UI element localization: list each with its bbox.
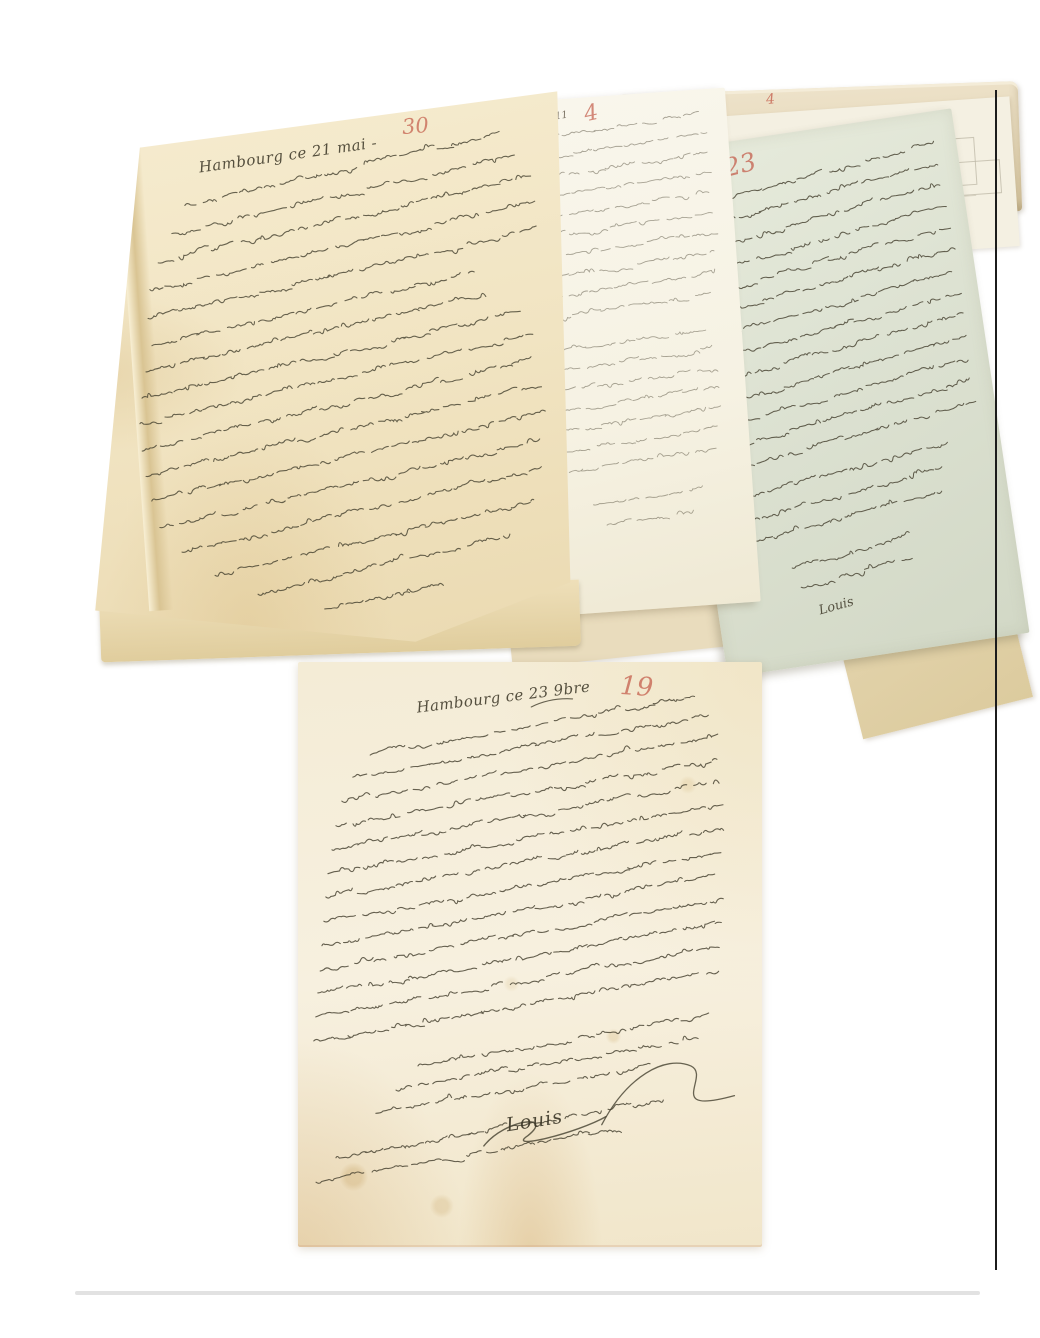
- letter-page-main: Hambourg ce 21 mai - 30: [90, 88, 615, 656]
- vertical-rule: [995, 90, 997, 1270]
- footer-divider-rule: [75, 1291, 980, 1295]
- handwriting-lines: [298, 662, 762, 1247]
- photo-single-letter: Hambourg ce 23 9bre 19 Louis: [298, 662, 762, 1247]
- photo-letter-stack: 4 23 Louis 1811 4 Hambourg ce 21 mai - 3…: [75, 88, 970, 658]
- handwriting-lines: [90, 88, 615, 656]
- catalog-page: 4 23 Louis 1811 4 Hambourg ce 21 mai - 3…: [0, 0, 1040, 1338]
- folio-number: 4: [765, 91, 776, 108]
